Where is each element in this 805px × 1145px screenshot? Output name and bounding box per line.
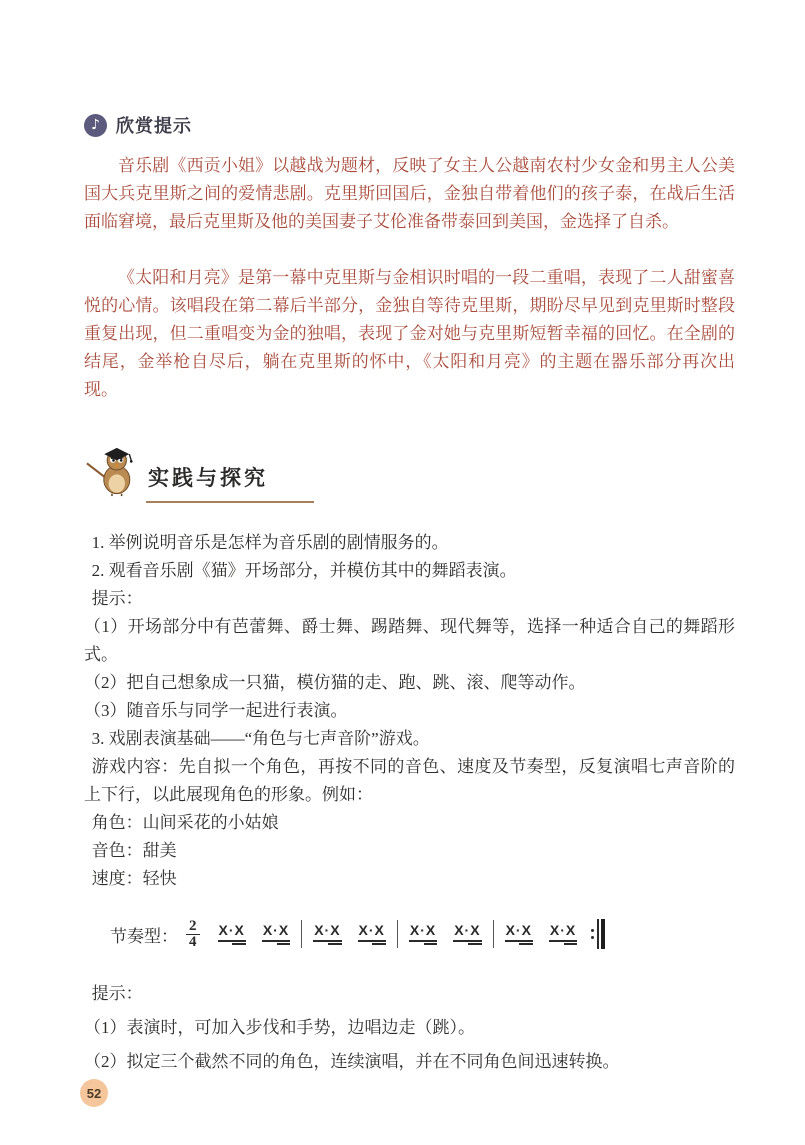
repeat-dots — [591, 929, 594, 939]
game-description: 游戏内容：先自拟一个角色，再按不同的音色、速度及节奏型，反复演唱七声音阶的上下行… — [84, 753, 735, 809]
appreciation-paragraph: 《太阳和月亮》是第一幕中克里斯与金相识时唱的一段二重唱，表现了二人甜蜜喜悦的心情… — [84, 264, 735, 404]
tip-line: （1）开场部分中有芭蕾舞、爵士舞、踢踏舞、现代舞等，选择一种适合自己的舞蹈形式。 — [84, 613, 735, 669]
practice-item-3: 3. 戏剧表演基础——“角色与七声音阶”游戏。 — [84, 725, 735, 753]
appreciation-heading-row: ♪ 欣赏提示 — [84, 112, 735, 138]
appreciation-heading: 欣赏提示 — [116, 112, 192, 138]
owl-mascot-icon — [84, 444, 138, 503]
rhythm-pattern-line: 节奏型： 2 4 X·X X·X X·X X·X X·X X·X X·X — [84, 913, 735, 955]
performance-tips: 提示： （1）表演时，可加入步伐和手势，边唱边走（跳）。 （2）拟定三个截然不同… — [84, 977, 735, 1079]
tip-line: （2）把自己想象成一只猫，模仿猫的走、跑、跳、滚、爬等动作。 — [84, 669, 735, 697]
tips-label: 提示： — [84, 977, 735, 1011]
rhythm-measure: X·X X·X — [305, 922, 394, 947]
rhythm-label: 节奏型： — [110, 922, 178, 947]
tip-line: （3）随音乐与同学一起进行表演。 — [84, 697, 735, 725]
barline — [493, 920, 494, 948]
rhythm-beat: X·X — [504, 922, 534, 947]
tip-line: （2）拟定三个截然不同的角色，连续演唱，并在不同角色间迅速转换。 — [84, 1045, 735, 1079]
rhythm-beat: X·X — [548, 922, 578, 947]
practice-heading: 实践与探究 — [148, 467, 268, 490]
timbre-line: 音色：甜美 — [84, 837, 735, 865]
practice-section: 实践与探究 1. 举例说明音乐是怎样为音乐剧的剧情服务的。 2. 观看音乐剧《猫… — [84, 444, 735, 1079]
tip-line: （1）表演时，可加入步伐和手势，边唱边走（跳）。 — [84, 1011, 735, 1045]
rhythm-beat: X·X — [261, 922, 291, 947]
rhythm-beat: X·X — [408, 922, 438, 947]
rhythm-beat: X·X — [357, 922, 387, 947]
barline — [301, 920, 302, 948]
rhythm-beat: X·X — [312, 922, 342, 947]
appreciation-section: ♪ 欣赏提示 音乐剧《西贡小姐》以越战为题材，反映了女主人公越南农村少女金和男主… — [84, 112, 735, 404]
rhythm-beat: X·X — [452, 922, 482, 947]
practice-item-2: 2. 观看音乐剧《猫》开场部分，并模仿其中的舞蹈表演。 — [84, 557, 735, 585]
page-number-badge: 52 — [80, 1079, 108, 1107]
repeat-end-barline-icon — [591, 919, 605, 949]
practice-heading-row: 实践与探究 — [84, 444, 735, 503]
rhythm-measure: X·X X·X — [401, 922, 490, 947]
practice-heading-underline: 实践与探究 — [146, 462, 314, 503]
time-signature-2-4: 2 4 — [186, 920, 200, 949]
rhythm-measure: X·X X·X — [497, 922, 586, 947]
practice-body: 1. 举例说明音乐是怎样为音乐剧的剧情服务的。 2. 观看音乐剧《猫》开场部分，… — [84, 529, 735, 893]
tips-label: 提示： — [84, 585, 735, 613]
thick-barline — [601, 919, 605, 949]
thin-barline — [597, 919, 599, 949]
textbook-page: ♪ 欣赏提示 音乐剧《西贡小姐》以越战为题材，反映了女主人公越南农村少女金和男主… — [0, 0, 805, 1145]
tempo-line: 速度：轻快 — [84, 865, 735, 893]
practice-item-1: 1. 举例说明音乐是怎样为音乐剧的剧情服务的。 — [84, 529, 735, 557]
rhythm-measure: X·X X·X — [210, 922, 299, 947]
role-line: 角色：山间采花的小姑娘 — [84, 809, 735, 837]
barline — [397, 920, 398, 948]
rhythm-beat: X·X — [217, 922, 247, 947]
appreciation-paragraph: 音乐剧《西贡小姐》以越战为题材，反映了女主人公越南农村少女金和男主人公美国大兵克… — [84, 152, 735, 236]
music-note-icon: ♪ — [84, 114, 107, 137]
